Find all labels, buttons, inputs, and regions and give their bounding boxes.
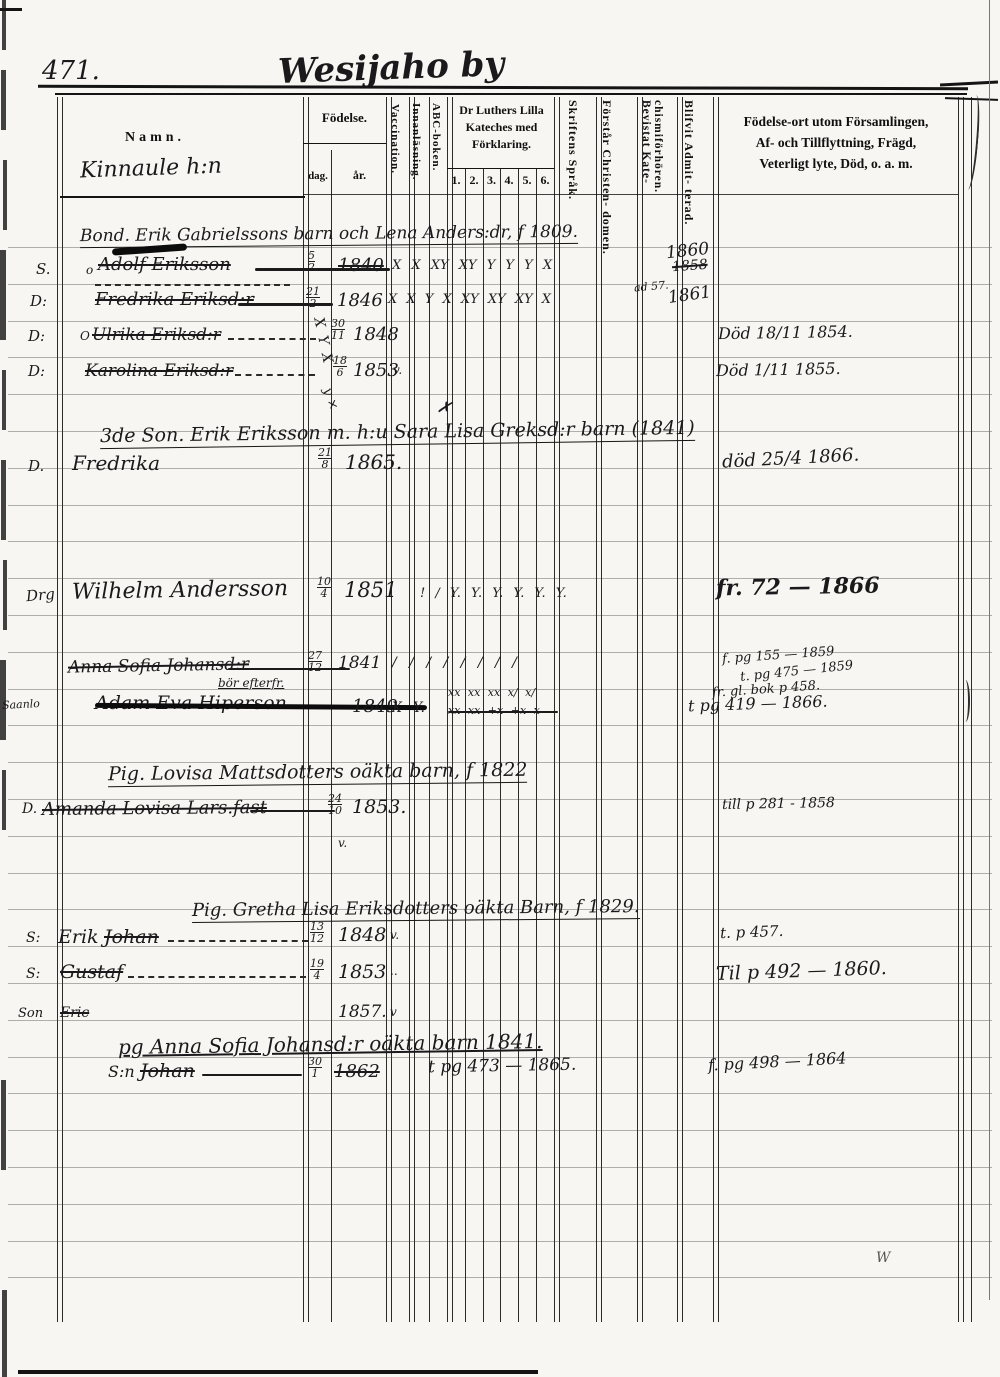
col-header-birth: Födelse.	[303, 110, 386, 126]
col-header-day: dag.	[303, 170, 333, 182]
day-denominator: 1	[308, 1067, 322, 1079]
catechism-col-3: 3.	[483, 173, 500, 188]
day-numerator: 5	[308, 250, 315, 261]
dashed-extension	[128, 976, 306, 978]
catechism-marks: / / / / / / / /	[392, 655, 517, 671]
entry-name: Eric	[60, 1005, 89, 1021]
notes-line-1: Födelse-ort utom Församlingen,	[716, 112, 956, 133]
birth-year: 1857.	[338, 1002, 387, 1022]
catechism-marks: X X XY XY Y Y Y X	[392, 258, 552, 273]
page-ref-note: t pg 473 — 1865.	[428, 1055, 577, 1078]
relation-mark: S.	[36, 260, 51, 278]
entry-name: Anna Sofia Johansd:r	[68, 654, 249, 677]
relation-mark: D:	[28, 362, 45, 380]
grid-line	[429, 97, 430, 1322]
strike-extension	[202, 1074, 302, 1076]
check-mark: v.	[390, 928, 399, 942]
entry-name: Ulrika Eriksd:r	[92, 325, 221, 345]
relation-mark: D.	[22, 801, 37, 817]
day-numerator: 30	[308, 1056, 322, 1067]
torn-edge-mark	[2, 370, 6, 430]
family-heading: pg Anna Sofia Johansd:r oäkta barn 1841.	[118, 1029, 543, 1059]
birth-year: 1849	[352, 696, 398, 717]
family-heading: Bond. Erik Gabrielssons barn och Lena An…	[80, 222, 578, 248]
day-denominator: 2	[308, 261, 315, 273]
entry-name: Johan	[140, 1060, 195, 1082]
relation-mark: Son	[18, 1006, 43, 1021]
check-mark: ..	[390, 964, 398, 978]
birth-year: 1853	[353, 360, 399, 381]
day-denominator: 4	[317, 587, 331, 599]
header-bottom-rule	[303, 194, 958, 195]
birth-year: 1865.	[345, 450, 402, 474]
torn-edge-mark	[1, 460, 6, 540]
catechism-subrule	[447, 168, 554, 169]
catechism-marks: X X Y X XY XY XY X	[388, 292, 551, 307]
small-note: bör efterfr.	[218, 676, 284, 690]
birth-year: 1841	[338, 653, 381, 673]
marginal-note: ad 57.	[633, 279, 669, 295]
entry-name: Gustaf	[60, 961, 123, 983]
relation-mark: D.	[28, 457, 44, 475]
col-header-catechism: Dr Luthers Lilla Kateches med Förklaring…	[449, 102, 554, 152]
relation-mark: D:	[28, 327, 45, 345]
catechism-col-5: 5.	[518, 173, 536, 188]
grid-line	[677, 97, 683, 1322]
birth-year: 1840	[338, 255, 384, 276]
page-ref-note: till p 281 - 1858	[722, 795, 835, 813]
birth-subrule	[303, 143, 386, 144]
entry-name: Fredrika	[72, 451, 160, 475]
day-numerator: 21	[306, 286, 320, 297]
family-heading: Pig. Lovisa Mattsdotters oäkta barn, f 1…	[108, 759, 528, 787]
day-denominator: 2	[306, 297, 320, 309]
grid-line	[500, 168, 501, 1322]
page-number: 471.	[42, 56, 100, 86]
page-ref-note: t pg 419 — 1866.	[688, 692, 828, 716]
vaccination-mark: X	[392, 700, 402, 716]
check-mark: v	[390, 1005, 397, 1019]
grid-line	[465, 168, 466, 1322]
catechism-marks-top: xx xx xx x/ x/	[448, 686, 535, 699]
check-premark: O	[80, 329, 90, 343]
col-header-year: år.	[333, 168, 386, 183]
relation-mark: Drg	[25, 585, 55, 605]
torn-edge-mark	[3, 160, 7, 230]
torn-edge-mark	[1, 70, 6, 130]
family-heading: Pig. Gretha Lisa Eriksdotters oäkta Barn…	[192, 896, 640, 923]
torn-edge-mark	[2, 770, 6, 830]
reading-mark: Y.	[413, 700, 425, 716]
vertical-scribble-marks: y ×	[320, 386, 341, 412]
area-underline	[60, 196, 305, 198]
moved-from-note: fr. 72 — 1866	[716, 573, 880, 602]
page-ref-note: Til p 492 — 1860.	[716, 957, 887, 985]
col-header-notes: Födelse-ort utom Församlingen, Af- och T…	[716, 112, 956, 175]
grid-line	[596, 97, 602, 1322]
entry-name: Fredrika Eriksd:r	[95, 289, 254, 310]
birth-day: 1312	[310, 921, 324, 944]
day-denominator: 6	[333, 366, 347, 378]
col-header-understands-christianity: Förstår Christen- domen.	[599, 100, 633, 272]
day-denominator: 11	[331, 329, 345, 341]
birth-day: 2712	[308, 650, 322, 673]
torn-edge-mark	[1, 1080, 6, 1170]
day-denominator: 4	[310, 969, 324, 981]
page-edge-curl	[962, 95, 982, 191]
birth-day: 212	[306, 286, 320, 309]
col-header-name: Namn.	[125, 130, 185, 146]
title-rule	[38, 85, 968, 90]
stray-check: v.	[338, 836, 347, 850]
birth-year: 1851	[344, 578, 397, 602]
grid-line	[518, 168, 519, 1322]
day-numerator: 24	[328, 793, 342, 804]
strike-extension	[250, 810, 335, 812]
birth-year: 1848	[338, 924, 386, 946]
page-ref-note: f. pg 498 — 1864	[708, 1048, 847, 1074]
entry-name-kept: Erik	[58, 926, 99, 948]
page-edge-curl	[961, 680, 970, 722]
day-numerator: 19	[310, 958, 324, 969]
catechism-col-6: 6.	[536, 173, 554, 188]
entry-name: Adolf Eriksson	[98, 254, 231, 275]
birth-year: 1853.	[352, 796, 406, 818]
stray-pen-mark: W	[876, 1250, 890, 1266]
day-numerator: 13	[310, 921, 324, 932]
dashed-underline	[95, 284, 290, 286]
day-denominator: 8	[318, 458, 332, 470]
catechism-marks: ! / Y. Y. Y. Y. Y. Y.	[420, 586, 567, 601]
check-premark: o	[86, 263, 93, 277]
torn-edge-mark	[3, 560, 7, 630]
day-denominator: 10	[328, 804, 342, 816]
title-rule-2	[55, 93, 967, 95]
entry-name: Amanda Lovisa Lars.fast	[42, 797, 267, 820]
catechism-col-2: 2.	[465, 173, 483, 188]
birth-day: 218	[318, 447, 332, 470]
marks-strike	[448, 711, 558, 713]
dashed-extension	[235, 374, 315, 376]
margin-word: Saanlo	[2, 697, 41, 712]
dashed-extension	[168, 940, 308, 942]
page-ref-note: t. p 457.	[720, 922, 784, 942]
death-note: Död 1/11 1855.	[716, 359, 841, 380]
birth-day: 52	[308, 250, 315, 273]
day-numerator: 27	[308, 650, 322, 661]
relation-mark: S:	[26, 930, 40, 946]
birth-year: 1846	[337, 290, 383, 311]
birth-year: 1853	[338, 961, 386, 983]
birth-day: 194	[310, 958, 324, 981]
col-header-scripture: Skriftens Språk.	[565, 100, 580, 270]
birth-year: 1848	[353, 324, 399, 345]
admitted-year-struck: 1858	[671, 257, 708, 275]
admitted-year: 1861	[667, 282, 713, 308]
scan-artifact	[18, 1370, 538, 1374]
catechism-col-4: 4.	[500, 173, 518, 188]
birth-year-struck: 1862	[334, 1061, 380, 1082]
day-denominator: 12	[308, 661, 322, 673]
catechism-col-1: 1.	[447, 173, 465, 188]
relation-mark: D:	[30, 292, 47, 310]
notes-line-2: Af- och Tillflyttning, Frägd,	[716, 133, 956, 154]
day-numerator: 10	[317, 576, 331, 587]
day-numerator: 21	[318, 447, 332, 458]
birth-day: 3011	[331, 318, 345, 341]
grid-line	[483, 168, 484, 1322]
grid-line	[303, 97, 309, 1322]
grid-line	[536, 168, 537, 1322]
birth-day: 104	[317, 576, 331, 599]
day-denominator: 12	[310, 932, 324, 944]
entry-name-struck: Johan	[104, 926, 159, 948]
birth-day: 2410	[328, 793, 342, 816]
death-note: Död 18/11 1854.	[718, 322, 853, 343]
notes-line-3: Veterligt lyte, Död, o. a. m.	[716, 154, 956, 175]
strike-extension	[228, 668, 350, 670]
dashed-extension	[228, 338, 316, 340]
entry-name: Karolina Eriksd:r	[85, 361, 233, 381]
entry-name: Wilhelm Andersson	[72, 576, 288, 605]
area-handwritten: Kinnaule h:n	[80, 154, 223, 184]
grid-line	[971, 97, 972, 1322]
check-mark: v.	[393, 363, 402, 377]
grid-line	[57, 97, 63, 1322]
torn-edge-mark	[0, 250, 6, 340]
birth-day: 301	[308, 1056, 322, 1079]
scan-artifact	[0, 8, 22, 11]
day-numerator: 30	[331, 318, 345, 329]
scanned-church-record-page: 471. Wesijaho by Namn. Kinnaule h:n Föde…	[0, 0, 1000, 1377]
grid-line	[554, 97, 560, 1322]
torn-edge-mark	[2, 1290, 7, 1377]
relation-mark: S:	[26, 966, 40, 982]
page-edge-line	[989, 0, 990, 1300]
relation-mark: S:n	[108, 1062, 135, 1081]
family-heading: 3de Son. Erik Eriksson m. h:u Sara Lisa …	[100, 417, 695, 449]
